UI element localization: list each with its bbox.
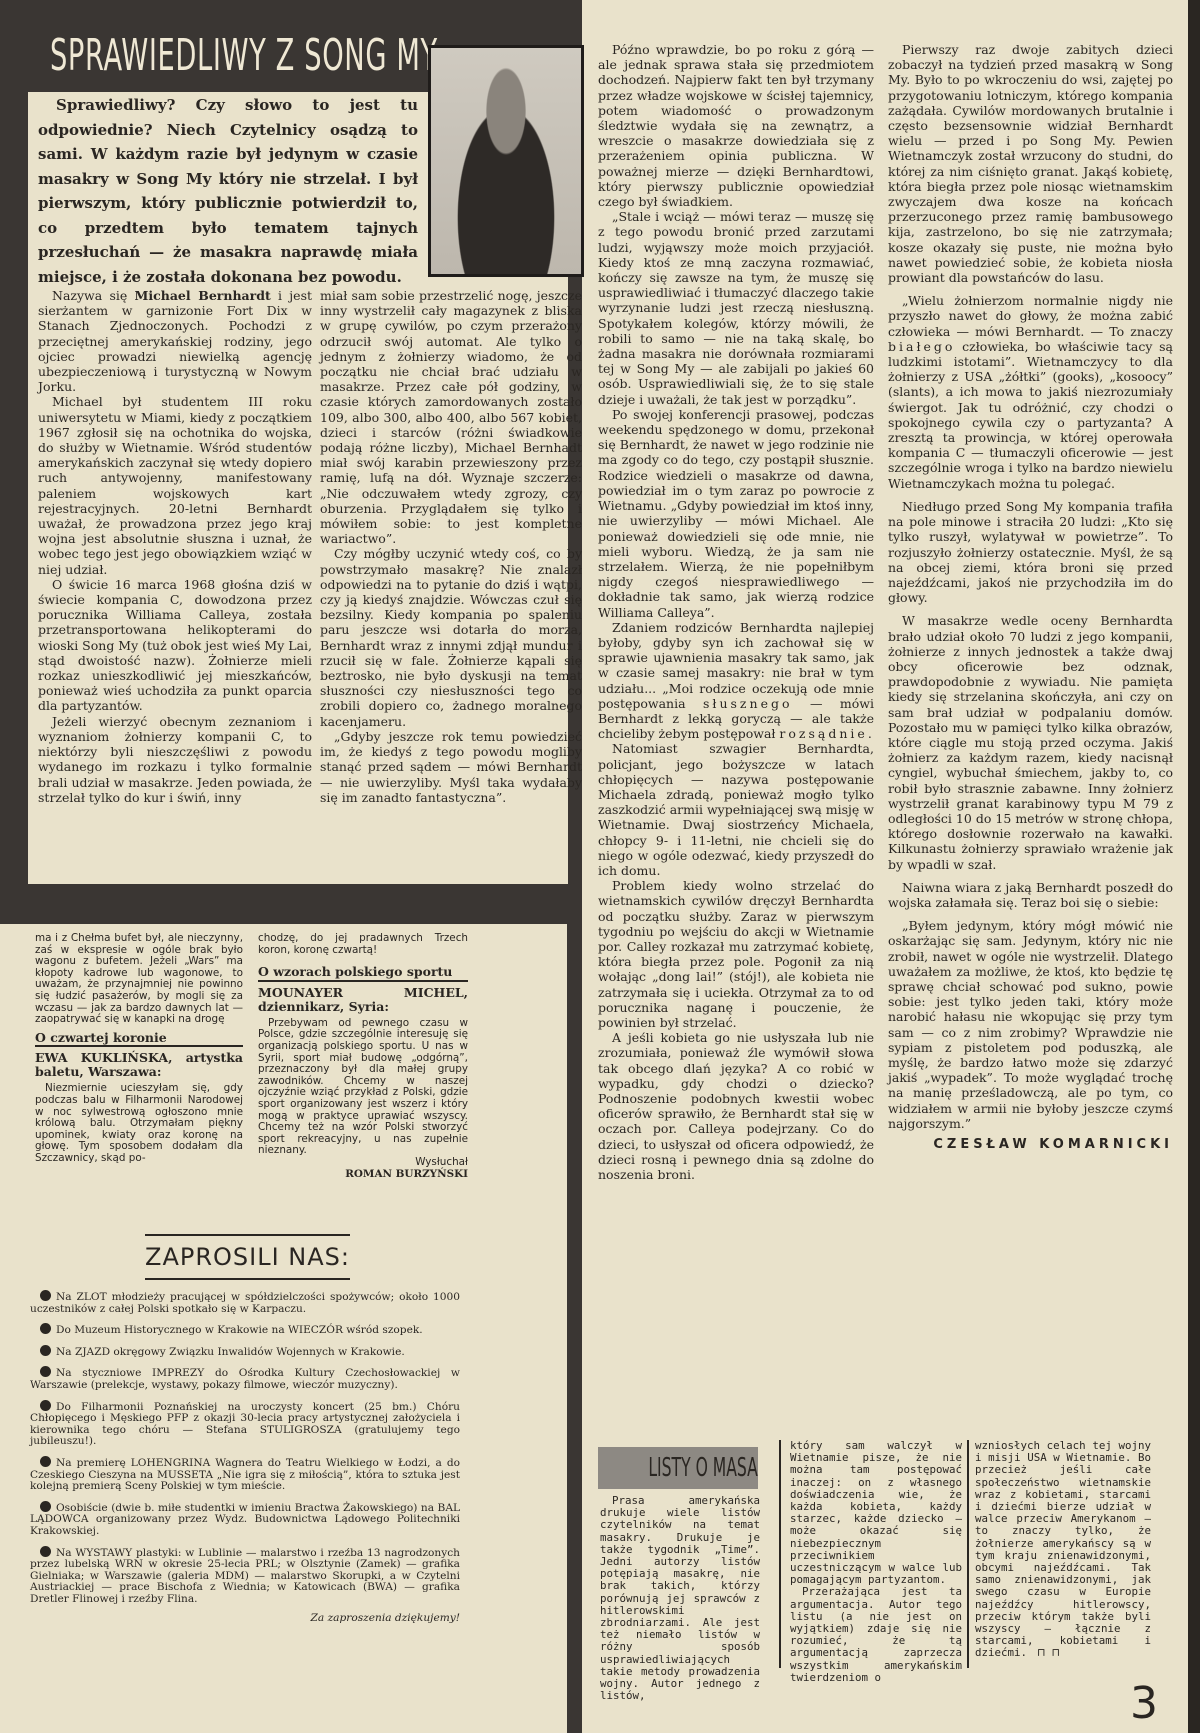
paragraph: ma i z Chełma bufet był, ale nieczynny, … [35, 933, 243, 1026]
paragraph: „Byłem jedynym, który mógł mówić nie osk… [888, 918, 1173, 1131]
list-item: Do Filharmonii Poznańskiej na uroczysty … [30, 1400, 460, 1448]
paragraph: Niezmiernie ucieszyłam się, gdy podczas … [35, 1083, 243, 1164]
dark-divider-band [0, 894, 582, 924]
paragraph: Późno wprawdzie, bo po roku z górą — ale… [598, 42, 874, 209]
bullet-icon [40, 1290, 51, 1301]
signoff-label: Wysłuchał [258, 1157, 468, 1169]
list-item: Na premierę LOHENGRINA Wagnera do Teatru… [30, 1456, 460, 1493]
article-column-3: Późno wprawdzie, bo po roku z górą — ale… [598, 42, 874, 1182]
dark-column-divider [567, 894, 582, 1733]
paragraph: Problem kiedy wolno strzelać do wietnams… [598, 878, 874, 1030]
paragraph: O świcie 16 marca 1968 głośna dziś w świ… [38, 577, 312, 714]
letters-column-1: ma i z Chełma bufet był, ale nieczynny, … [35, 933, 243, 1165]
invitations-list: Na ZLOT młodzieży pracującej w spółdziel… [30, 1290, 460, 1625]
list-item: Na styczniowe IMPREZY do Ośrodka Kultury… [30, 1366, 460, 1391]
bullet-icon [40, 1546, 51, 1557]
paragraph: „Gdyby jeszcze rok temu powiedzieć im, ż… [320, 729, 582, 805]
bullet-icon [40, 1400, 51, 1411]
letter-author: MOUNAYER MICHEL, dziennikarz, Syria: [258, 986, 468, 1014]
magazine-page: SPRAWIEDLIWY Z SONG MY Sprawiedliwy? Czy… [0, 0, 1200, 1733]
paragraph: Zdaniem rodziców Bernhardta najlepiej by… [598, 620, 874, 742]
article-headline: SPRAWIEDLIWY Z SONG MY [50, 28, 279, 84]
bullet-icon [40, 1456, 51, 1467]
paragraph: Przebywam od pewnego czasu w Polsce, gdz… [258, 1018, 468, 1157]
page-edge [1188, 0, 1200, 1733]
article-column-4: Pierwszy raz dwoje zabitych dzieci zobac… [888, 42, 1173, 1152]
paragraph: W masakrze wedle oceny Bernhardta brało … [888, 613, 1173, 871]
paragraph: Niedługo przed Song My kompania trafiła … [888, 499, 1173, 605]
paragraph: Przerażająca jest ta argumentacja. Autor… [790, 1586, 962, 1684]
paragraph: Jeżeli wierzyć obecnym zeznaniom i wyzna… [38, 714, 312, 805]
paragraph: miał sam sobie przestrzelić nogę, jeszcz… [320, 288, 582, 546]
thanks-note: Za zaproszenia dziękujemy! [30, 1613, 460, 1625]
letter-author: EWA KUKLIŃSKA, artystka baletu, Warszawa… [35, 1051, 243, 1079]
paragraph: „Wielu żołnierzom normalnie nigdy nie pr… [888, 293, 1173, 491]
article-author: CZESŁAW KOMARNICKI [888, 1137, 1173, 1152]
end-mark-icon: ⊓⊓ [1037, 1647, 1066, 1659]
listy-column-1: Prasa amerykańska drukuje wiele listów c… [600, 1495, 760, 1702]
section-title-sport: O wzorach polskiego sportu [258, 966, 468, 982]
listy-column-2: który sam walczył w Wietnamie pisze, że … [790, 1440, 962, 1684]
list-item: Na WYSTAWY plastyki: w Lublinie — malars… [30, 1546, 460, 1606]
paragraph: Pierwszy raz dwoje zabitych dzieci zobac… [888, 42, 1173, 285]
column-rule [779, 1440, 781, 1668]
page-number: 3 [1130, 1680, 1158, 1728]
paragraph: Nazywa się Michael Bernhardt i jest sier… [38, 288, 312, 394]
article-lead: Sprawiedliwy? Czy słowo to jest tu odpow… [38, 93, 418, 289]
listy-title: LISTY O MASAKRZE [598, 1447, 758, 1489]
paragraph: „Stale i wciąż — mówi teraz — muszę się … [598, 209, 874, 407]
list-item: Osobiście (dwie b. miłe studentki w imie… [30, 1501, 460, 1538]
paragraph: Prasa amerykańska drukuje wiele listów c… [600, 1495, 760, 1702]
article-column-2: miał sam sobie przestrzelić nogę, jeszcz… [320, 288, 582, 805]
list-item: Na ZJAZD okręgowy Związku Inwalidów Woje… [30, 1345, 460, 1359]
paragraph: Natomiast szwagier Bernhardta, policjant… [598, 741, 874, 878]
listy-column-3: wzniosłych celach tej wojny i misji USA … [975, 1440, 1151, 1660]
bullet-icon [40, 1366, 51, 1377]
section-title-czwarta-korona: O czwartej koronie [35, 1032, 243, 1048]
bullet-icon [40, 1501, 51, 1512]
letters-column-2: chodzę, do jej pradawnych Trzech koron, … [258, 933, 468, 1180]
zaprosili-title: ZAPROSILI NAS: [145, 1234, 350, 1280]
bullet-icon [40, 1345, 51, 1356]
portrait-photo [428, 45, 584, 277]
paragraph: Czy mógłby uczynić wtedy coś, co by pows… [320, 546, 582, 728]
bullet-icon [40, 1323, 51, 1334]
list-item: Na ZLOT młodzieży pracującej w spółdziel… [30, 1290, 460, 1315]
paragraph: który sam walczył w Wietnamie pisze, że … [790, 1440, 962, 1586]
paragraph: wzniosłych celach tej wojny i misji USA … [975, 1440, 1151, 1660]
list-item: Do Muzeum Historycznego w Krakowie na WI… [30, 1323, 460, 1337]
paragraph: A jeśli kobieta go nie usłyszała lub nie… [598, 1030, 874, 1182]
paragraph: Po swojej konferencji prasowej, podczas … [598, 407, 874, 620]
signoff-name: ROMAN BURZYŃSKI [258, 1169, 468, 1181]
paragraph: Michael był studentem III roku uniwersyt… [38, 394, 312, 576]
article-column-1: Nazywa się Michael Bernhardt i jest sier… [38, 288, 312, 805]
paragraph: Naiwna wiara z jaką Bernhardt poszedł do… [888, 880, 1173, 910]
paragraph: chodzę, do jej pradawnych Trzech koron, … [258, 933, 468, 956]
column-rule [967, 1440, 969, 1668]
